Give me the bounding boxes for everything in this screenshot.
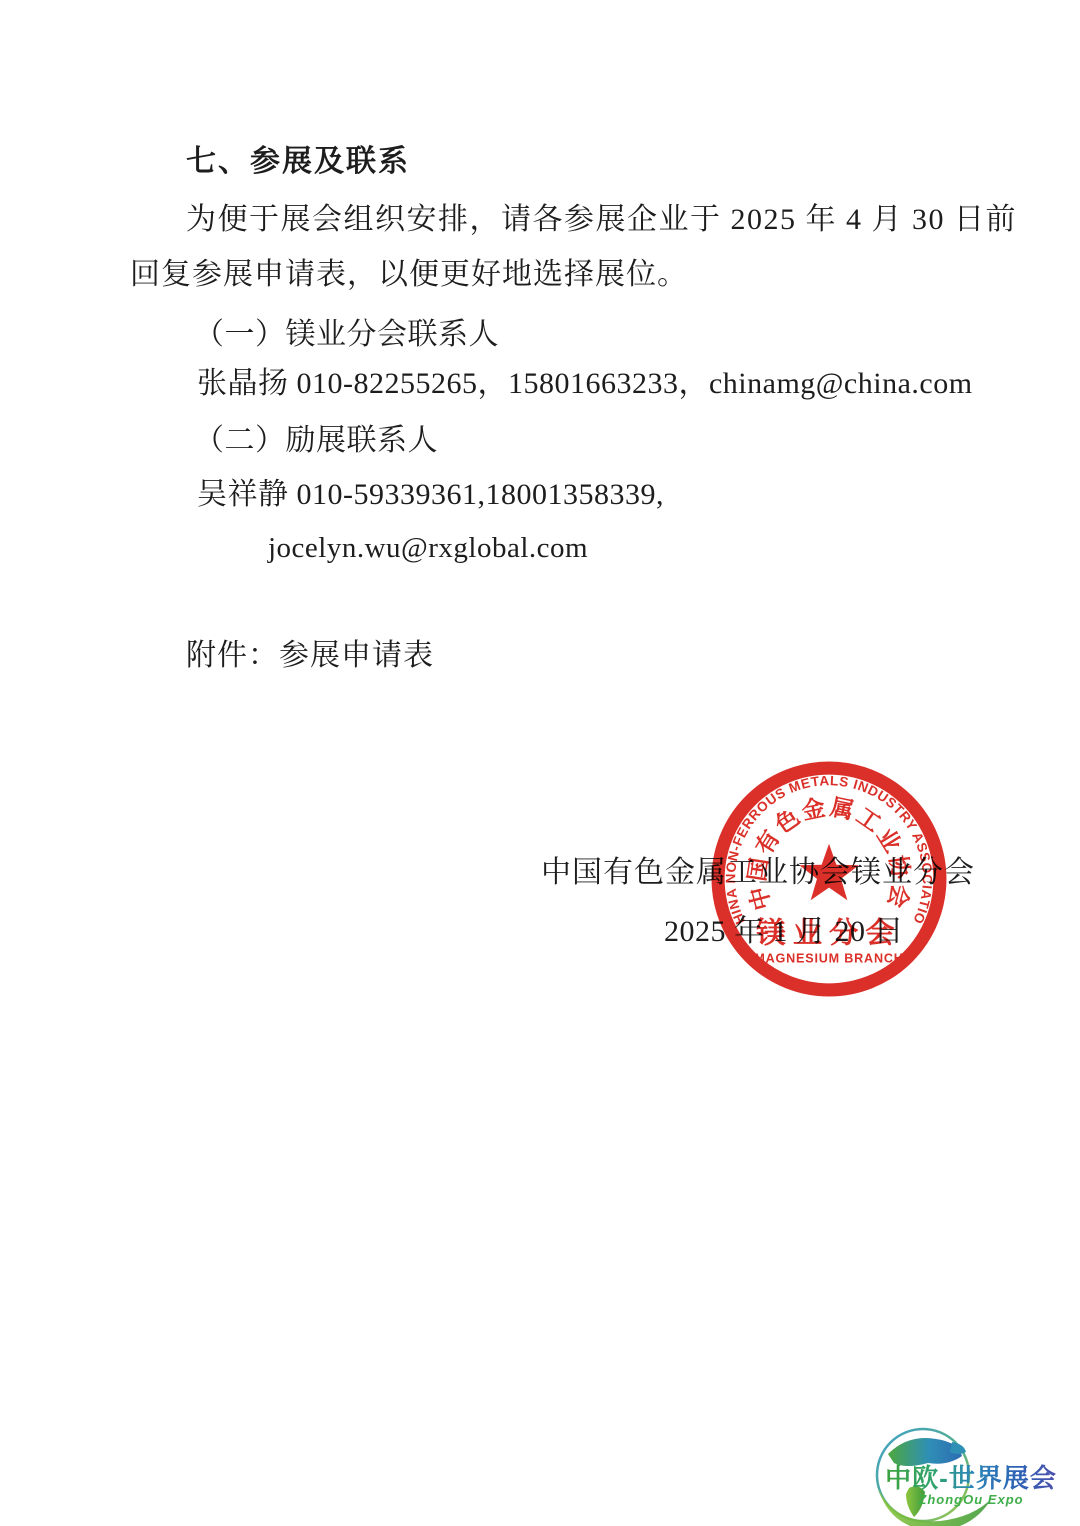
paragraph-line-2: 回复参展申请表，以便更好地选择展位。 (130, 256, 688, 294)
contact2-email: jocelyn.wu@rxglobal.com (268, 530, 588, 566)
zhongou-expo-logo: 中欧-世界展会 ZhongOu Expo (856, 1414, 1071, 1526)
contact2-value: 吴祥静 010-59339361,18001358339, (197, 476, 664, 514)
paragraph-line-1: 为便于展会组织安排，请各参展企业于 2025 年 4 月 30 日前 (186, 201, 1017, 239)
section-heading: 七、参展及联系 (186, 143, 410, 181)
seal-branch-english: MAGNESIUM BRANCH (754, 952, 903, 966)
official-seal-stamp: CHINA NON-FERROUS METALS INDUSTRY ASSOCI… (708, 758, 950, 1000)
logo-title: 中欧-世界展会 (885, 1463, 1057, 1493)
contact1-value: 张晶扬 010-82255265，15801663233，chinamg@chi… (197, 365, 973, 403)
star-icon (799, 844, 858, 901)
seal-branch-chinese: 镁业分会 (756, 917, 901, 950)
logo-subtitle: ZhongOu Expo (917, 1492, 1023, 1507)
contact1-label: （一）镁业分会联系人 (194, 316, 499, 354)
document-page: 七、参展及联系 为便于展会组织安排，请各参展企业于 2025 年 4 月 30 … (0, 0, 1080, 1526)
attachment-line: 附件：参展申请表 (186, 637, 434, 675)
contact2-label: （二）励展联系人 (194, 422, 438, 460)
